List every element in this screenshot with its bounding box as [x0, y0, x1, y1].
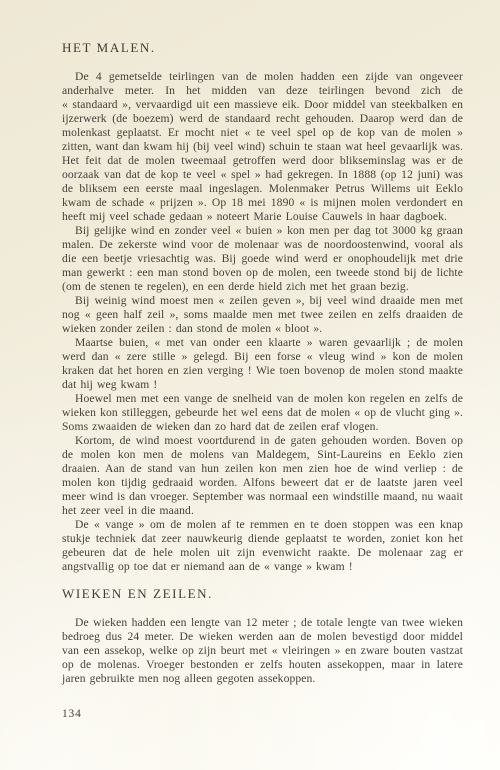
paragraph-maartse-buien: Maartse buien, « met van onder een klaar… — [62, 336, 463, 392]
book-page: HET MALEN. De 4 gemetselde teirlingen va… — [0, 0, 500, 770]
paragraph-vange-snelheid: Hoewel men met een vange de snelheid van… — [62, 392, 463, 434]
section-heading-het-malen: HET MALEN. — [62, 40, 463, 56]
paragraph-vange-remmen: De « vange » om de molen af te remmen en… — [62, 518, 463, 574]
paragraph-zeilen-geven: Bij weinig wind moest men « zeilen geven… — [62, 294, 463, 336]
paragraph-wind-en-malen: Bij gelijke wind en zonder veel « buien … — [62, 224, 463, 294]
section-heading-wieken-en-zeilen: WIEKEN EN ZEILEN. — [62, 586, 463, 602]
page-number: 134 — [62, 708, 82, 720]
paragraph-wind-in-de-gaten: Kortom, de wind moest voortdurend in de … — [62, 434, 463, 518]
paragraph-standaard: De 4 gemetselde teirlingen van de molen … — [62, 70, 463, 224]
paragraph-wieken-lengte: De wieken hadden een lengte van 12 meter… — [62, 616, 463, 686]
text-block: HET MALEN. De 4 gemetselde teirlingen va… — [0, 0, 500, 686]
